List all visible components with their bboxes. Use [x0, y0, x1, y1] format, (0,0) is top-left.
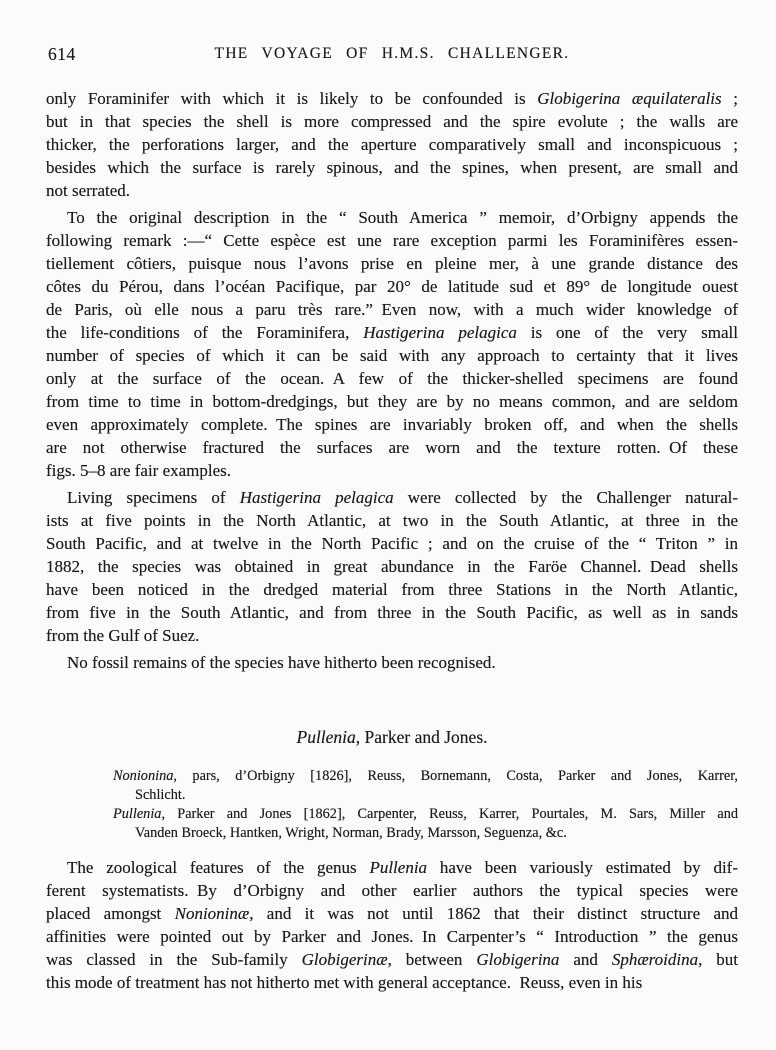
running-title: THE VOYAGE OF H.M.S. CHALLENGER. [46, 45, 738, 63]
paragraph-no-fossil: No fossil remains of the species have hi… [46, 651, 738, 674]
text-line: Living specimens of Hastigerina pelagica… [46, 486, 738, 509]
text-line: To the original description in the “ Sou… [46, 206, 738, 229]
text-line: côtes du Pérou, dans l’océan Pacifique, … [46, 275, 738, 298]
text-line: following remark :—“ Cette espèce est un… [46, 229, 738, 252]
text-line: from the Gulf of Suez. [46, 624, 738, 647]
text-line: even approximately complete. The spines … [46, 413, 738, 436]
text-line: 1882, the species was obtained in great … [46, 555, 738, 578]
text-line: was classed in the Sub-family Globigerin… [46, 948, 738, 971]
text-line: have been noticed in the dredged materia… [46, 578, 738, 601]
text-line: from time to time in bottom-dredgings, b… [46, 390, 738, 413]
text-line: de Paris, où elle nous a paru très rare.… [46, 298, 738, 321]
text-line: only at the surface of the ocean. A few … [46, 367, 738, 390]
page-header: 614 THE VOYAGE OF H.M.S. CHALLENGER. [46, 44, 738, 66]
text-line: South Pacific, and at twelve in the Nort… [46, 532, 738, 555]
section-heading-pullenia: Pullenia, Parker and Jones. [46, 726, 738, 749]
paragraph-zoological-features: The zoological features of the genus Pul… [46, 856, 738, 994]
text-line: the life-conditions of the Foraminifera,… [46, 321, 738, 344]
text-line: number of species of which it can be sai… [46, 344, 738, 367]
synonymy-list: Nonionina, pars, d’Orbigny [1826], Reuss… [46, 767, 738, 843]
text-line: are not otherwise fractured the surfaces… [46, 436, 738, 459]
page-body: only Foraminifer with which it is likely… [46, 87, 738, 994]
synonymy-line: Schlicht. [46, 786, 738, 805]
text-line: but in that species the shell is more co… [46, 110, 738, 133]
synonymy-entry: Pullenia, Parker and Jones [1862], Carpe… [46, 805, 738, 843]
text-line: ists at five points in the North Atlanti… [46, 509, 738, 532]
book-page: 614 THE VOYAGE OF H.M.S. CHALLENGER. onl… [0, 0, 776, 1050]
synonymy-line: Nonionina, pars, d’Orbigny [1826], Reuss… [46, 767, 738, 786]
text-line: placed amongst Nonioninæ, and it was not… [46, 902, 738, 925]
text-line: from five in the South Atlantic, and fro… [46, 601, 738, 624]
text-line: thicker, the perforations larger, and th… [46, 133, 738, 156]
paragraph-living-specimens: Living specimens of Hastigerina pelagica… [46, 486, 738, 647]
text-line: tiellement côtiers, puisque nous l’avons… [46, 252, 738, 275]
synonymy-line: Pullenia, Parker and Jones [1862], Carpe… [46, 805, 738, 824]
text-line: The zoological features of the genus Pul… [46, 856, 738, 879]
paragraph-dorbigny-remark: To the original description in the “ Sou… [46, 206, 738, 482]
text-line: ferent systematists. By d’Orbigny and ot… [46, 879, 738, 902]
text-line: figs. 5–8 are fair examples. [46, 459, 738, 482]
text-line: No fossil remains of the species have hi… [46, 651, 738, 674]
text-line: this mode of treatment has not hitherto … [46, 971, 738, 994]
paragraph-continuation: only Foraminifer with which it is likely… [46, 87, 738, 202]
text-line: only Foraminifer with which it is likely… [46, 87, 738, 110]
text-line: affinities were pointed out by Parker an… [46, 925, 738, 948]
text-line: besides which the surface is rarely spin… [46, 156, 738, 179]
synonymy-line: Vanden Broeck, Hantken, Wright, Norman, … [46, 824, 738, 843]
text-line: not serrated. [46, 179, 738, 202]
synonymy-entry: Nonionina, pars, d’Orbigny [1826], Reuss… [46, 767, 738, 805]
